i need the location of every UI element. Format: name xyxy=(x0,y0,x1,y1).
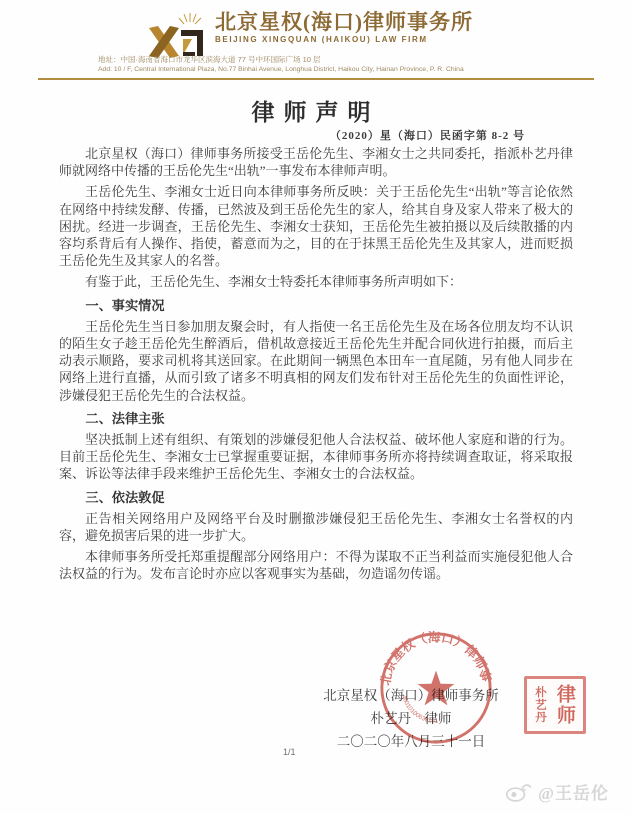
firm-name-en: BEIJING XINGQUAN (HAIKOU) LAW FIRM xyxy=(215,35,473,44)
watermark-handle: @王岳伦 xyxy=(538,779,609,804)
document-number: （2020）星（海口）民函字第 8-2 号 xyxy=(330,127,525,143)
section-heading-urge: 三、依法敦促 xyxy=(59,489,573,506)
section-paragraph: 正告相关网络用户及网络平台及时删撤涉嫌侵犯王岳伦先生、李湘女士名誉权的内容，避免… xyxy=(59,510,573,544)
firm-address-en: Add: 10 / F, Central International Plaza… xyxy=(98,65,464,75)
firm-address-cn: 地址：中国·海南省海口市龙华区滨海大道 77 号中环国际广场 10 层 xyxy=(98,55,464,65)
section-heading-facts: 一、事实情况 xyxy=(59,297,573,314)
firm-name-cn: 北京星权(海口)律师事务所 xyxy=(215,10,473,34)
weibo-watermark: @王岳伦 xyxy=(505,779,609,804)
intro-paragraph: 北京星权（海口）律师事务所接受王岳伦先生、李湘女士之共同委托，指派朴艺丹律师就网… xyxy=(59,145,573,179)
seal-lawyer-name: 朴艺丹 xyxy=(532,686,548,724)
intro-paragraph: 有鉴于此，王岳伦先生、李湘女士特委托本律师事务所声明如下： xyxy=(59,273,573,290)
weibo-icon xyxy=(505,781,533,803)
firm-logo-icon xyxy=(143,12,209,60)
intro-paragraph: 王岳伦先生、李湘女士近日向本律师事务所反映：关于王岳伦先生“出轨”等言论依然在网… xyxy=(59,183,573,269)
section-paragraph: 王岳伦先生当日参加朋友聚会时，有人指使一名王岳伦先生及在场各位朋友均不认识的陌生… xyxy=(59,318,573,404)
firm-header: 北京星权(海口)律师事务所 BEIJING XINGQUAN (HAIKOU) … xyxy=(143,10,473,60)
header-divider xyxy=(38,78,594,80)
seal-star-icon xyxy=(418,671,455,706)
firm-round-seal: 北京星权（海口）律师事务所 46010100638161 xyxy=(378,630,494,746)
firm-address: 地址：中国·海南省海口市龙华区滨海大道 77 号中环国际广场 10 层 Add:… xyxy=(98,55,464,75)
document-title: 律师声明 xyxy=(0,94,631,127)
seal-title-text: 律师 xyxy=(551,684,578,726)
firm-names: 北京星权(海口)律师事务所 BEIJING XINGQUAN (HAIKOU) … xyxy=(215,10,473,44)
section-heading-legal-claims: 二、法律主张 xyxy=(59,410,573,427)
section-paragraph: 坚决抵制上述有组织、有策划的涉嫌侵犯他人合法权益、破坏他人家庭和谐的行为。目前王… xyxy=(59,431,573,483)
legal-statement-page: 北京星权(海口)律师事务所 BEIJING XINGQUAN (HAIKOU) … xyxy=(0,0,631,814)
statement-body: 北京星权（海口）律师事务所接受王岳伦先生、李湘女士之共同委托，指派朴艺丹律师就网… xyxy=(59,145,573,583)
section-paragraph: 本律师事务所受托郑重提醒部分网络用户：不得为谋取不正当利益而实施侵犯他人合法权益… xyxy=(59,548,573,582)
lawyer-square-seal: 律师 朴艺丹 xyxy=(524,676,586,734)
